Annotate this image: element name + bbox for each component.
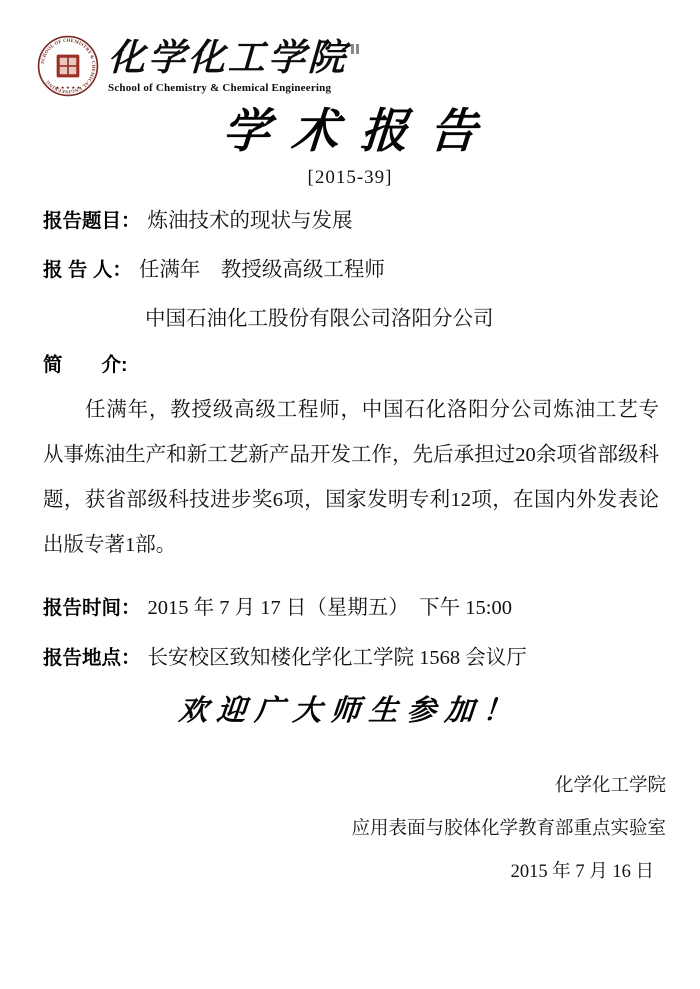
intro-label: 简 介: [43, 349, 128, 377]
header: SCHOOL OF CHEMISTRY & CHEMICAL ENGINEERI… [36, 34, 359, 98]
place-row: 报告地点：长安校区致知楼化学化工学院 1568 会议厅 [43, 640, 527, 670]
topic-row: 报告题目：炼油技术的现状与发展 [43, 203, 353, 233]
intro-section-label: 简 介: [43, 349, 128, 377]
seal-bottom-marks: ★ ★ ★ ★ ★ [55, 85, 81, 91]
announcement-page: SCHOOL OF CHEMISTRY & CHEMICAL ENGINEERI… [0, 0, 700, 989]
speaker-label: 报 告 人： [43, 254, 132, 282]
school-name-block: 化学化工学院 School of Chemistry & Chemical En… [108, 34, 359, 94]
intro-line: 出版专著1部。 [43, 523, 659, 568]
intro-line: 题，获省部级科技进步奖6项，国家发明专利12项，在国内外发表论文22篇， [43, 478, 659, 523]
calligraphy-signature-mark [351, 44, 359, 54]
welcome-line: 欢迎广大师生参加！ [0, 688, 700, 729]
footer-signature: 化学化工学院 应用表面与胶体化学教育部重点实验室 2015 年 7 月 16 日 [351, 765, 666, 894]
speaker-row: 报 告 人：任满年 教授级高级工程师 [43, 252, 385, 282]
school-name-english: School of Chemistry & Chemical Engineeri… [108, 82, 359, 94]
school-seal-icon: SCHOOL OF CHEMISTRY & CHEMICAL ENGINEERI… [36, 34, 100, 98]
intro-line: 从事炼油生产和新工艺新产品开发工作，先后承担过20余项省部级科研课 [43, 433, 659, 478]
intro-paragraph: 任满年，教授级高级工程师，中国石化洛阳分公司炼油工艺专家。长期 从事炼油生产和新… [43, 388, 659, 568]
place-label: 报告地点： [43, 642, 141, 670]
speaker-value: 任满年 教授级高级工程师 [139, 259, 385, 281]
topic-value: 炼油技术的现状与发展 [148, 210, 353, 232]
topic-label: 报告题目： [43, 205, 141, 233]
document-number: [2015-39] [0, 167, 700, 189]
place-value: 长安校区致知楼化学化工学院 1568 会议厅 [148, 647, 527, 669]
time-value: 2015 年 7 月 17 日（星期五） 下午 15:00 [148, 597, 512, 619]
speaker-affiliation: 中国石油化工股份有限公司洛阳分公司 [145, 301, 494, 331]
time-row: 报告时间：2015 年 7 月 17 日（星期五） 下午 15:00 [43, 590, 512, 620]
footer-org-line: 化学化工学院 [351, 765, 666, 808]
school-name-chinese: 化学化工学院 [107, 40, 348, 79]
school-seal: SCHOOL OF CHEMISTRY & CHEMICAL ENGINEERI… [36, 34, 100, 98]
intro-line: 任满年，教授级高级工程师，中国石化洛阳分公司炼油工艺专家。长期 [43, 388, 659, 433]
footer-date-line: 2015 年 7 月 16 日 [351, 851, 654, 894]
document-title: 学术报告 [0, 94, 700, 161]
time-label: 报告时间： [43, 592, 141, 620]
footer-lab-line: 应用表面与胶体化学教育部重点实验室 [351, 808, 666, 851]
